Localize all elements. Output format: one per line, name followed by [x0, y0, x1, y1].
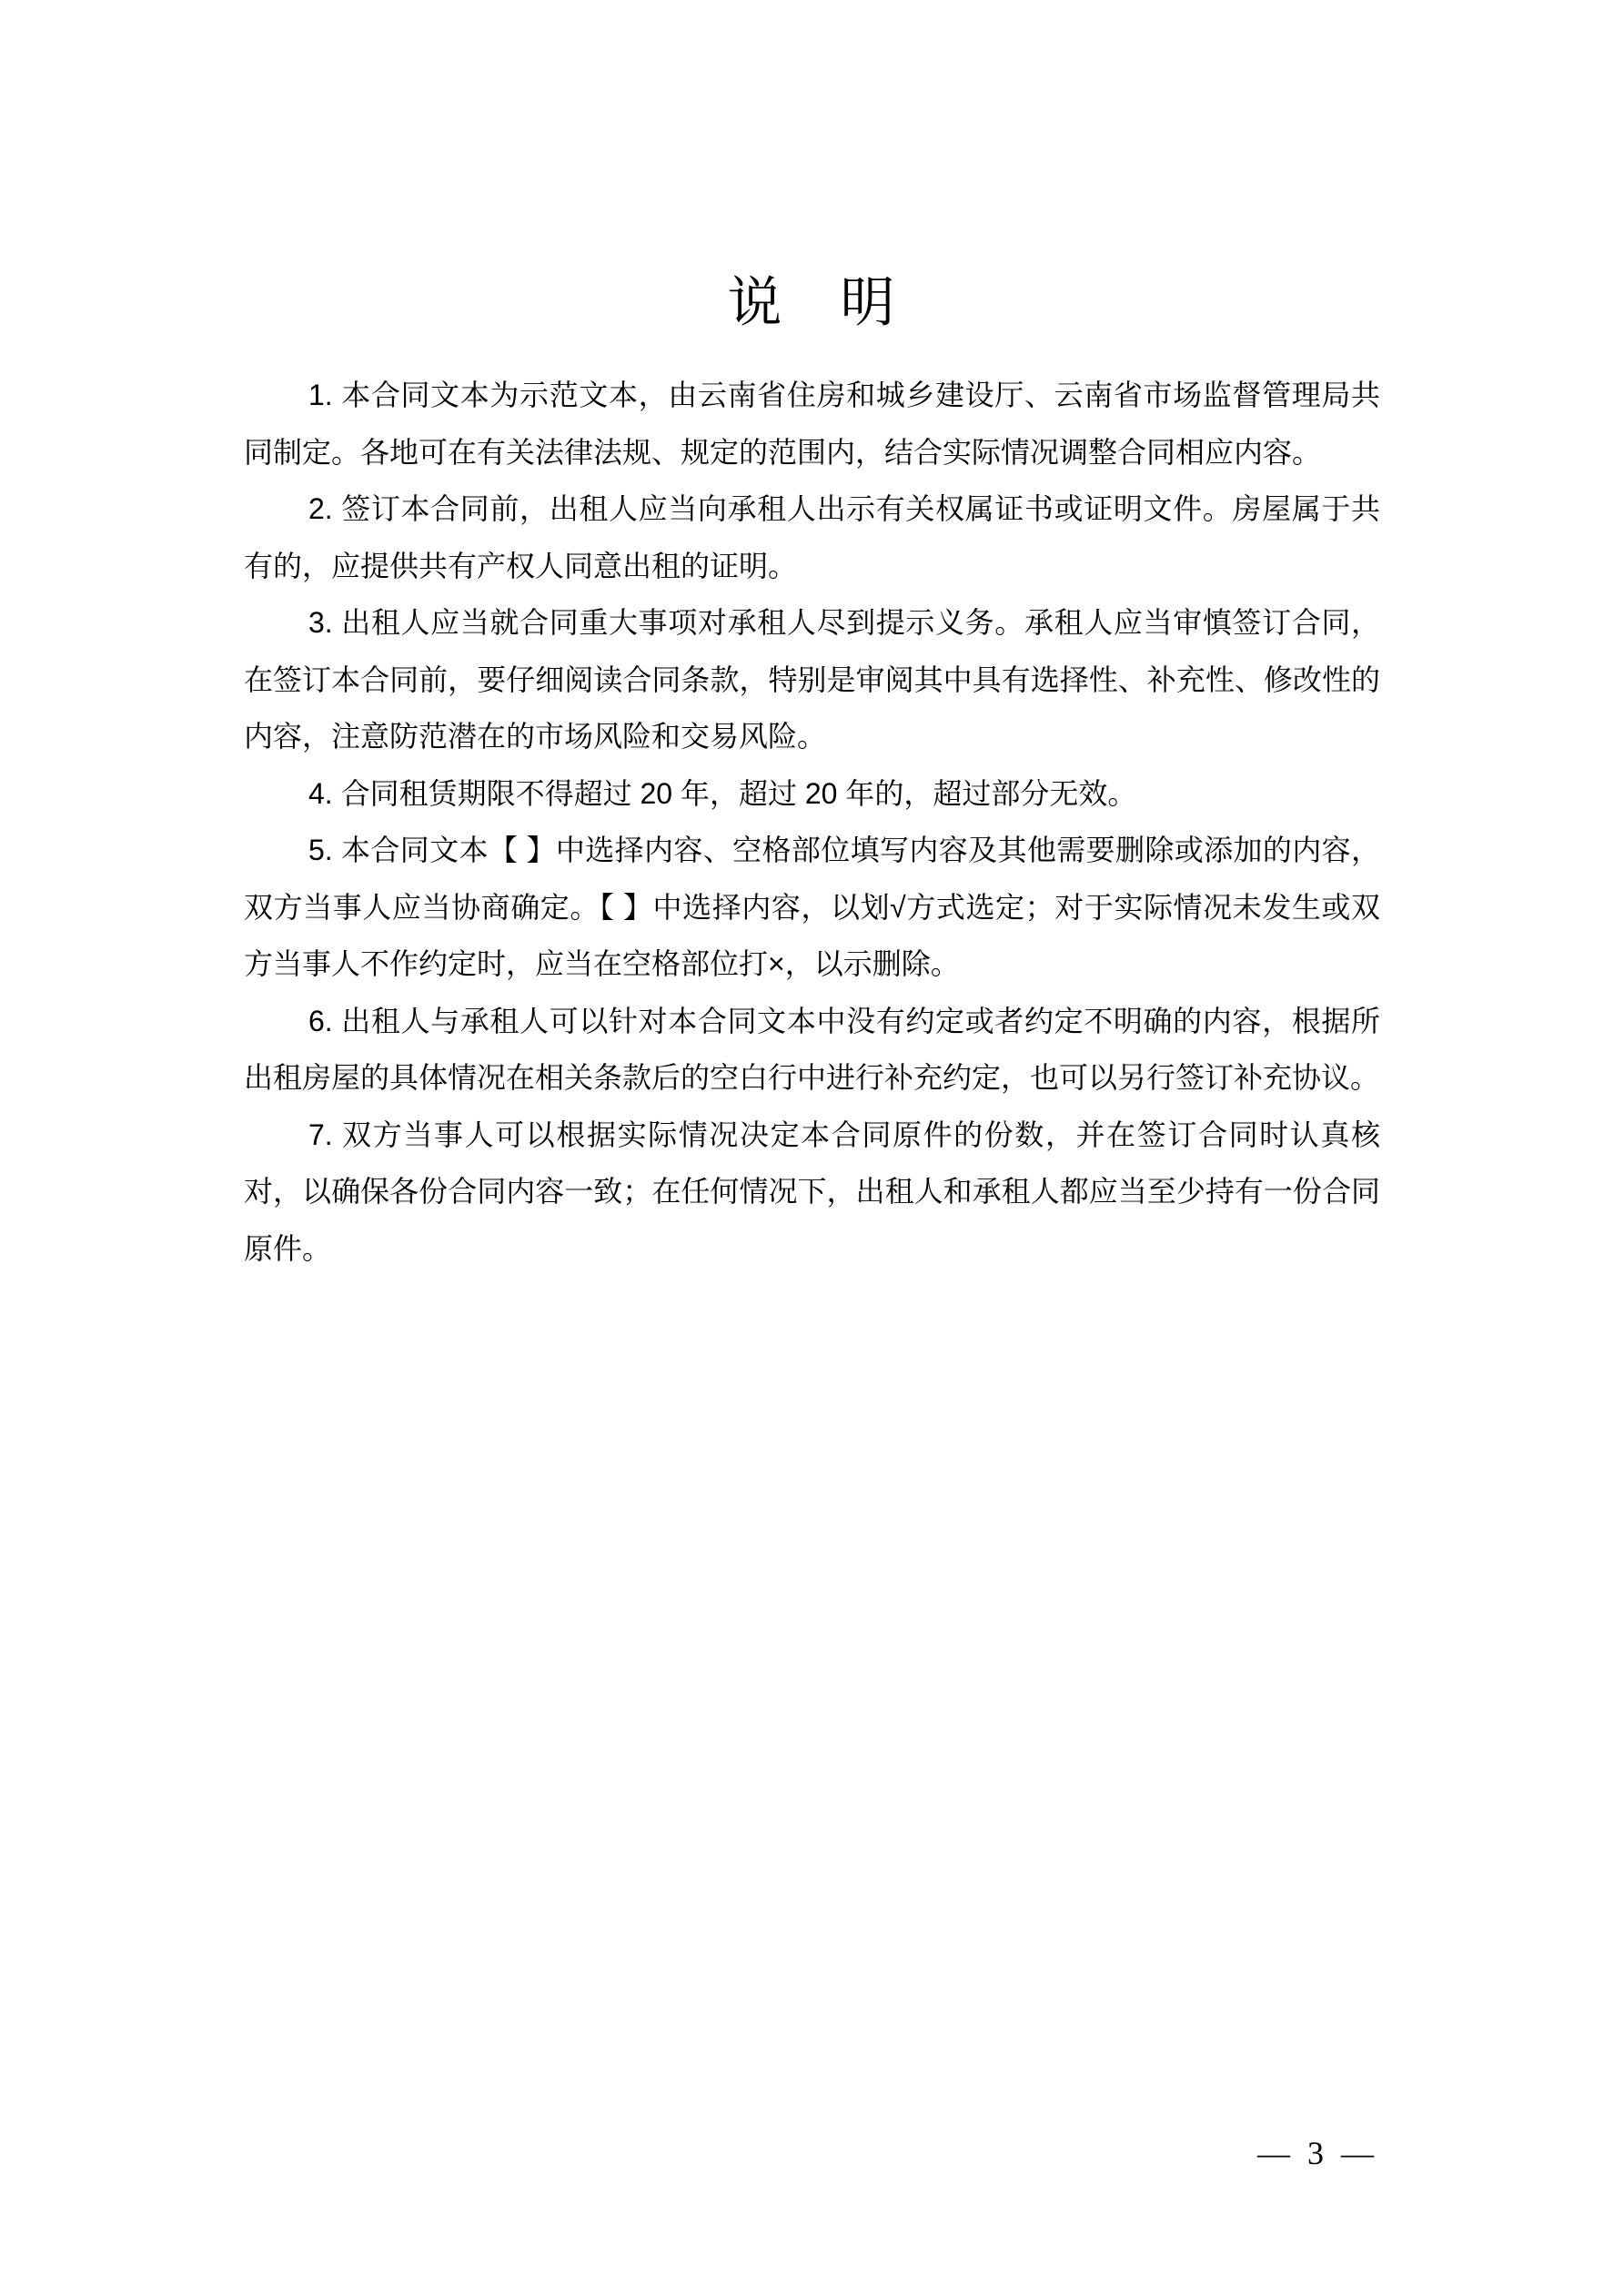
note-paragraph-3: 3. 出租人应当就合同重大事项对承租人尽到提示义务。承租人应当审慎签订合同，在签…: [244, 594, 1380, 765]
notes-body: 1. 本合同文本为示范文本，由云南省住房和城乡建设厅、云南省市场监督管理局共同制…: [244, 367, 1380, 1277]
document-page: 说 明 1. 本合同文本为示范文本，由云南省住房和城乡建设厅、云南省市场监督管理…: [0, 0, 1624, 2296]
page-title: 说 明: [0, 270, 1624, 336]
page-number: — 3 —: [1257, 2133, 1378, 2173]
note-paragraph-1: 1. 本合同文本为示范文本，由云南省住房和城乡建设厅、云南省市场监督管理局共同制…: [244, 367, 1380, 480]
note-paragraph-4: 4. 合同租赁期限不得超过 20 年，超过 20 年的，超过部分无效。: [244, 765, 1380, 823]
note-paragraph-7: 7. 双方当事人可以根据实际情况决定本合同原件的份数，并在签订合同时认真核对，以…: [244, 1107, 1380, 1278]
note-paragraph-2: 2. 签订本合同前，出租人应当向承租人出示有关权属证书或证明文件。房屋属于共有的…: [244, 480, 1380, 594]
note-paragraph-5: 5. 本合同文本【 】中选择内容、空格部位填写内容及其他需要删除或添加的内容，双…: [244, 822, 1380, 993]
note-paragraph-6: 6. 出租人与承租人可以针对本合同文本中没有约定或者约定不明确的内容，根据所出租…: [244, 993, 1380, 1107]
